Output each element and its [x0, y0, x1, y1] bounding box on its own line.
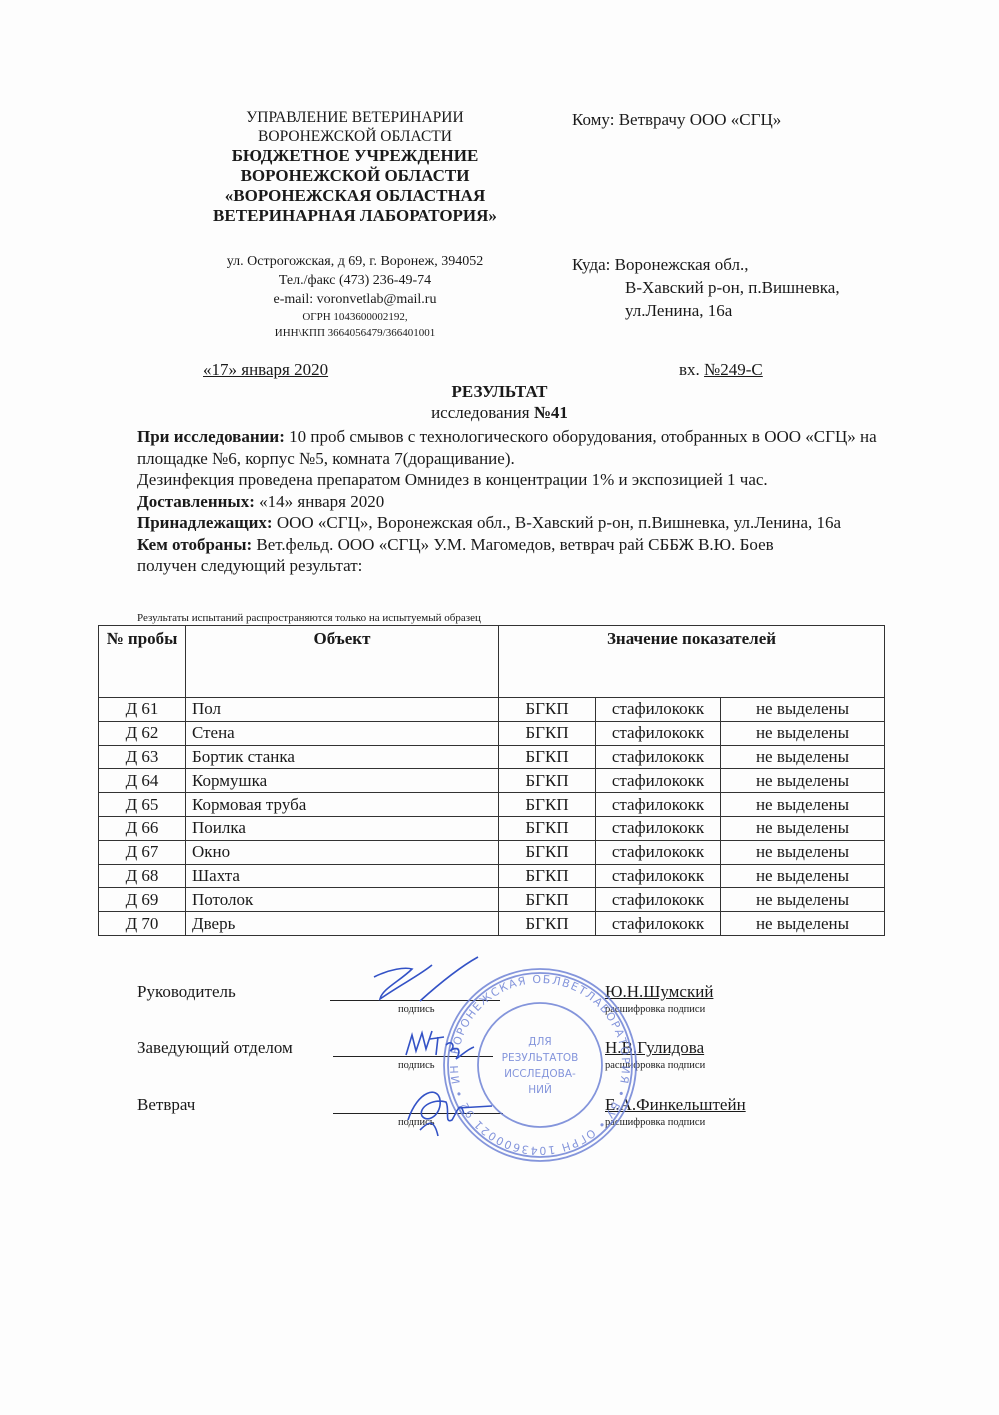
where-label: Куда:	[572, 255, 610, 274]
stamp-inner-line: ИССЛЕДОВА-	[504, 1068, 576, 1080]
signature-department-head	[400, 1025, 480, 1065]
stamp-inner-line: НИЙ	[528, 1083, 552, 1096]
indicator-bgkp: БГКП	[499, 721, 596, 745]
address: ул. Острогожская, д 69, г. Воронеж, 3940…	[180, 252, 530, 271]
delivered-value: «14» января 2020	[259, 492, 384, 511]
sample-number: Д 67	[99, 840, 186, 864]
incoming-value: №249-С	[704, 360, 763, 379]
sample-number: Д 69	[99, 888, 186, 912]
header-object: Объект	[186, 626, 499, 698]
document-date: «17» января 2020	[203, 360, 328, 380]
study-number: №41	[534, 403, 568, 422]
indicator-bgkp: БГКП	[499, 769, 596, 793]
issuer-header: УПРАВЛЕНИЕ ВЕТЕРИНАРИИ ВОРОНЕЖСКОЙ ОБЛАС…	[180, 108, 530, 226]
sample-number: Д 65	[99, 793, 186, 817]
table-header-row: № пробы Объект Значение показателей	[99, 626, 885, 698]
recipient-address: Куда: Воронежская обл., В-Хавский р-он, …	[572, 253, 840, 322]
where-line: Воронежская обл.,	[615, 255, 749, 274]
indicator-staph: стафилококк	[596, 721, 721, 745]
result-value: не выделены	[721, 793, 885, 817]
signature-caption: подпись	[398, 1004, 435, 1015]
institution-line: ВЕТЕРИНАРНАЯ ЛАБОРАТОРИЯ»	[180, 206, 530, 226]
indicator-bgkp: БГКП	[499, 864, 596, 888]
indicator-staph: стафилококк	[596, 888, 721, 912]
indicator-bgkp: БГКП	[499, 745, 596, 769]
disinfection-text: Дезинфекция проведена препаратом Омнидез…	[137, 469, 947, 491]
object-name: Кормушка	[186, 769, 499, 793]
result-intro: получен следующий результат:	[137, 555, 947, 577]
indicator-staph: стафилококк	[596, 816, 721, 840]
result-value: не выделены	[721, 816, 885, 840]
department-line: ВОРОНЕЖСКОЙ ОБЛАСТИ	[180, 127, 530, 146]
stamp-inner-line: РЕЗУЛЬТАТОВ	[502, 1052, 579, 1064]
institution-line: ВОРОНЕЖСКОЙ ОБЛАСТИ	[180, 166, 530, 186]
table-row: Д 61ПолБГКПстафилококкне выделены	[99, 698, 885, 722]
indicator-bgkp: БГКП	[499, 912, 596, 936]
object-name: Потолок	[186, 888, 499, 912]
indicator-bgkp: БГКП	[499, 840, 596, 864]
to-value: Ветврачу ООО «СГЦ»	[619, 110, 782, 129]
sample-number: Д 66	[99, 816, 186, 840]
stamp-inner-line: ДЛЯ	[528, 1036, 551, 1048]
result-value: не выделены	[721, 745, 885, 769]
result-value: не выделены	[721, 721, 885, 745]
object-name: Шахта	[186, 864, 499, 888]
sampled-value: Вет.фельд. ООО «СГЦ» У.М. Магомедов, вет…	[256, 535, 773, 554]
table-row: Д 65Кормовая трубаБГКПстафилококкне выде…	[99, 793, 885, 817]
object-name: Пол	[186, 698, 499, 722]
result-value: не выделены	[721, 912, 885, 936]
result-value: не выделены	[721, 888, 885, 912]
object-name: Поилка	[186, 816, 499, 840]
disclaimer-note: Результаты испытаний распространяются то…	[137, 612, 481, 624]
result-value: не выделены	[721, 840, 885, 864]
sample-number: Д 62	[99, 721, 186, 745]
object-name: Кормовая труба	[186, 793, 499, 817]
table-row: Д 64КормушкаБГКПстафилококкне выделены	[99, 769, 885, 793]
sample-number: Д 68	[99, 864, 186, 888]
institution-line: БЮДЖЕТНОЕ УЧРЕЖДЕНИЕ	[180, 146, 530, 166]
inn-kpp: ИНН\КПП 3664056479/366401001	[180, 325, 530, 341]
signer-role: Заведующий отделом	[137, 1038, 293, 1058]
incoming-number: вх. №249-С	[679, 360, 763, 380]
where-line: В-Хавский р-он, п.Вишневка,	[572, 276, 840, 299]
document-title: РЕЗУЛЬТАТ	[0, 382, 999, 402]
incoming-prefix: вх.	[679, 360, 700, 379]
indicator-bgkp: БГКП	[499, 698, 596, 722]
object-name: Окно	[186, 840, 499, 864]
result-value: не выделены	[721, 864, 885, 888]
where-line: ул.Ленина, 16а	[572, 299, 840, 322]
recipient-to: Кому: Ветврачу ООО «СГЦ»	[572, 110, 781, 130]
institution-line: «ВОРОНЕЖСКАЯ ОБЛАСТНАЯ	[180, 186, 530, 206]
indicator-staph: стафилококк	[596, 912, 721, 936]
results-table: № пробы Объект Значение показателей Д 61…	[98, 625, 885, 936]
to-label: Кому:	[572, 110, 614, 129]
indicator-bgkp: БГКП	[499, 816, 596, 840]
object-name: Стена	[186, 721, 499, 745]
indicator-staph: стафилококк	[596, 840, 721, 864]
indicator-bgkp: БГКП	[499, 888, 596, 912]
signer-role: Руководитель	[137, 982, 236, 1002]
sampled-label: Кем отобраны:	[137, 535, 252, 554]
table-row: Д 66ПоилкаБГКПстафилококкне выделены	[99, 816, 885, 840]
owner-label: Принадлежащих:	[137, 513, 273, 532]
table-row: Д 69ПотолокБГКПстафилококкне выделены	[99, 888, 885, 912]
table-row: Д 67ОкноБГКПстафилококкне выделены	[99, 840, 885, 864]
indicator-bgkp: БГКП	[499, 793, 596, 817]
indicator-staph: стафилококк	[596, 769, 721, 793]
table-row: Д 68ШахтаБГКПстафилококкне выделены	[99, 864, 885, 888]
study-details: При исследовании: 10 проб смывов с техно…	[137, 426, 947, 577]
department-line: УПРАВЛЕНИЕ ВЕТЕРИНАРИИ	[180, 108, 530, 127]
signature-head	[360, 955, 520, 1005]
owner-value: ООО «СГЦ», Воронежская обл., В-Хавский р…	[277, 513, 841, 532]
object-name: Бортик станка	[186, 745, 499, 769]
delivered-label: Доставленных:	[137, 492, 255, 511]
phone: Тел./факс (473) 236-49-74	[180, 271, 530, 290]
sample-number: Д 63	[99, 745, 186, 769]
indicator-staph: стафилококк	[596, 698, 721, 722]
email: e-mail: voronvetlab@mail.ru	[180, 290, 530, 309]
sample-number: Д 61	[99, 698, 186, 722]
indicator-staph: стафилококк	[596, 793, 721, 817]
issuer-contacts: ул. Острогожская, д 69, г. Воронеж, 3940…	[180, 252, 530, 341]
document-subtitle: исследования №41	[0, 403, 999, 423]
object-name: Дверь	[186, 912, 499, 936]
signature-vet	[398, 1080, 498, 1140]
table-row: Д 70ДверьБГКПстафилококкне выделены	[99, 912, 885, 936]
result-value: не выделены	[721, 769, 885, 793]
result-value: не выделены	[721, 698, 885, 722]
indicator-staph: стафилококк	[596, 745, 721, 769]
sample-number: Д 64	[99, 769, 186, 793]
header-sample-number: № пробы	[99, 626, 186, 698]
table-row: Д 62СтенаБГКПстафилококкне выделены	[99, 721, 885, 745]
study-label: При исследовании:	[137, 427, 285, 446]
header-values: Значение показателей	[499, 626, 885, 698]
signer-role: Ветврач	[137, 1095, 195, 1115]
table-row: Д 63Бортик станкаБГКПстафилококкне выдел…	[99, 745, 885, 769]
ogrn: ОГРН 1043600002192,	[180, 309, 530, 325]
indicator-staph: стафилококк	[596, 864, 721, 888]
sample-number: Д 70	[99, 912, 186, 936]
subtitle-prefix: исследования	[431, 403, 530, 422]
